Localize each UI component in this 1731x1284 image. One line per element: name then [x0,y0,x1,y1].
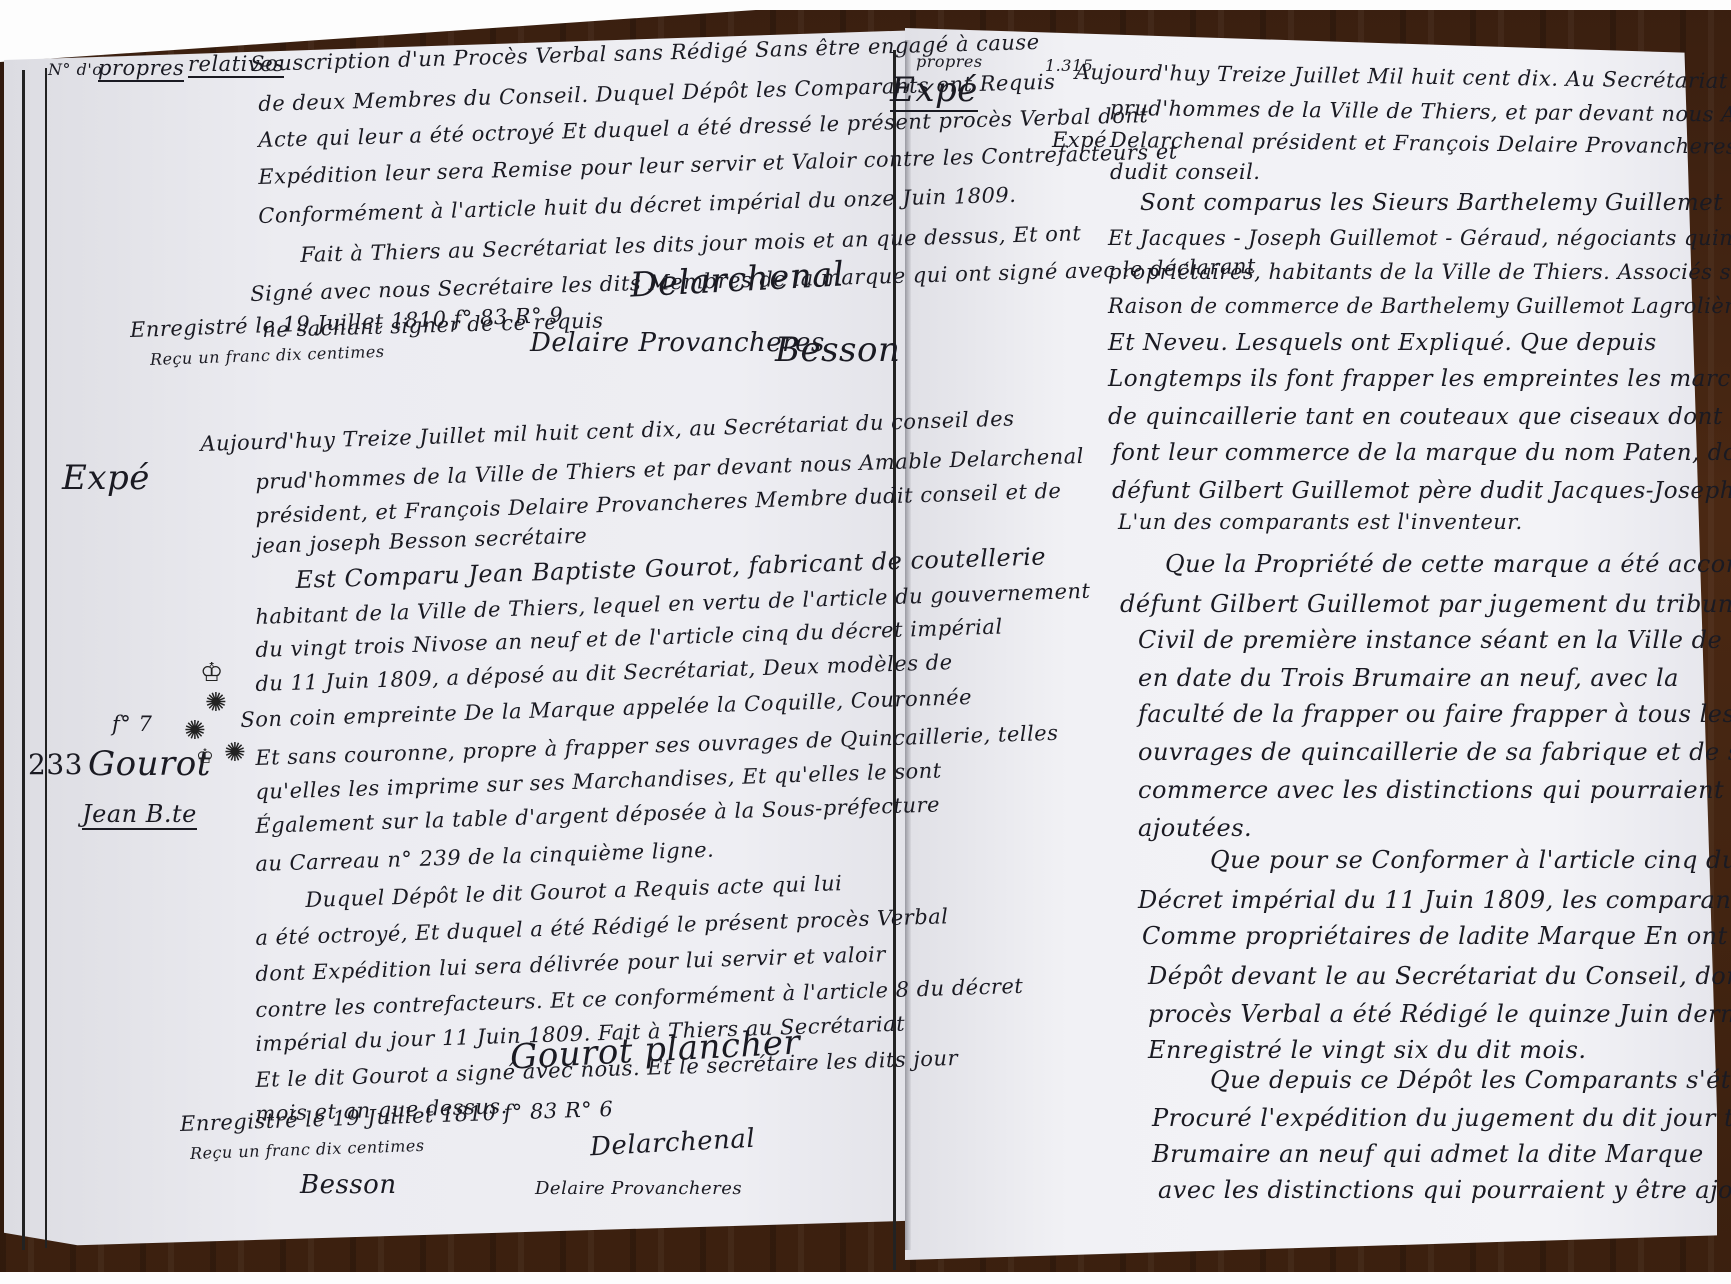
image-bottom-border [0,1272,1731,1284]
margin-label-expe: Expé [62,458,150,498]
signature-besson: Besson [300,1170,397,1200]
column-header-propres: propres [98,56,184,82]
right-margin-label-expe: Expé [890,70,978,112]
entry-folio: f° 7 [112,712,152,736]
left-margin-rule [22,70,25,1250]
entry-number: 233 [28,748,83,781]
column-number-header: N° d'o [48,60,102,79]
signature-besson: Besson [775,330,900,370]
document-photograph: N° d'o propres relatives Souscription d'… [0,0,1731,1284]
left-margin-rule-2 [45,68,47,1248]
shell-mark-icon: ✺ [205,688,227,718]
entry-firstname: Jean B.te [82,800,197,830]
crown-mark-icon: ♔ [200,658,223,688]
entry-name-gourot: Gourot [88,744,211,784]
right-column-header: propres [916,52,983,71]
signature-delaire-provancheres: Delaire Provancheres [535,1178,742,1199]
crown-mark-icon: ♔ [196,744,214,768]
right-margin-label-expe-2: Expé [1052,128,1107,152]
shell-mark-icon: ✺ [224,738,246,768]
shell-mark-icon: ✺ [184,716,206,746]
